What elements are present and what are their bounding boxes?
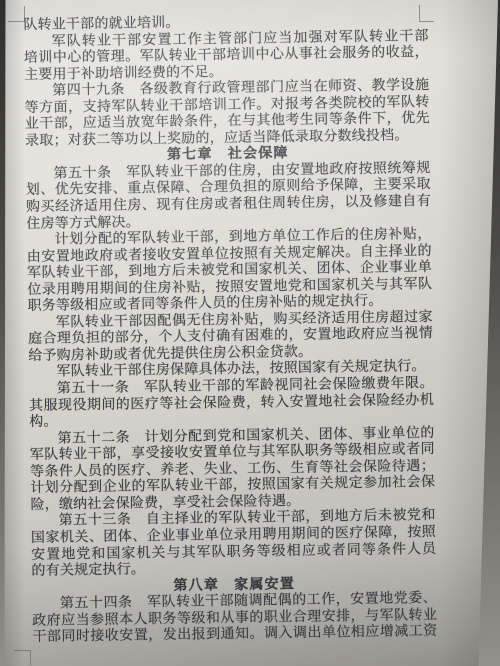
paper-sheet: 队转业干部的就业培训。 军队转业干部安置工作主管部门应当加强对军队转业干部 培训… xyxy=(0,0,500,666)
crop-mark-bottom-left-icon xyxy=(14,650,31,665)
photo-of-document-page: 队转业干部的就业培训。 军队转业干部安置工作主管部门应当加强对军队转业干部 培训… xyxy=(0,0,500,666)
document-text-block: 队转业干部的就业培训。 军队转业干部安置工作主管部门应当加强对军队转业干部 培训… xyxy=(23,11,437,646)
